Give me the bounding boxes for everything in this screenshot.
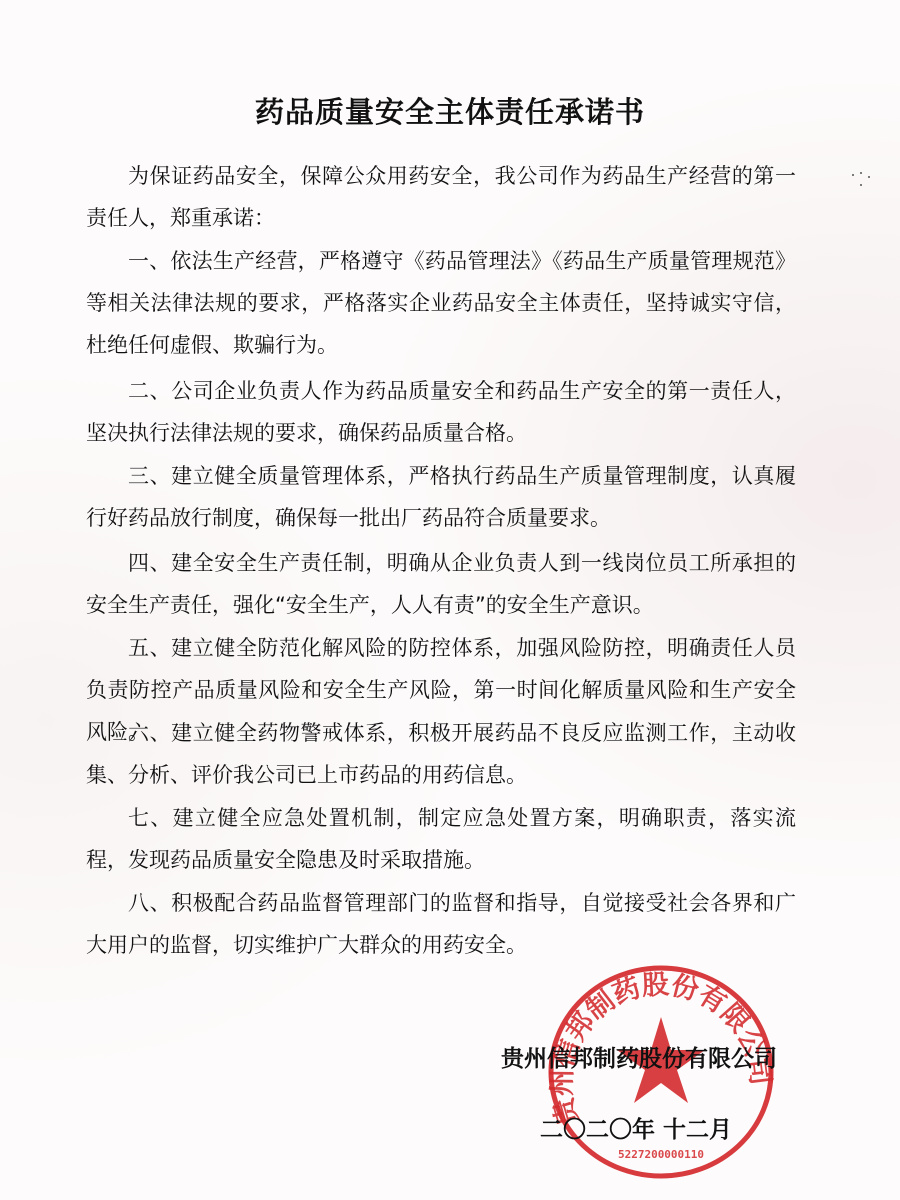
commitment-7: 七、建立健全应急处置机制，制定应急处置方案，明确职责，落实流程，发现药品质量安全… xyxy=(86,797,796,881)
commitment-2: 二、公司企业负责人作为药品质量安全和药品生产安全的第一责任人，坚决执行法律法规的… xyxy=(86,370,796,454)
company-signature: 贵州信邦制药股份有限公司 xyxy=(501,1040,777,1073)
commitment-8: 八、积极配合药品监督管理部门的监督和指导，自觉接受社会各界和广大用户的监督，切实… xyxy=(86,882,796,966)
commitment-1: 一、依法生产经营，严格遵守《药品管理法》《药品生产质量管理规范》等相关法律法规的… xyxy=(86,240,796,366)
document-title: 药品质量安全主体责任承诺书 xyxy=(0,90,900,131)
intro-paragraph: 为保证药品安全，保障公众用药安全，我公司作为药品生产经营的第一责任人，郑重承诺： xyxy=(86,155,796,239)
commitment-6: 六、建立健全药物警戒体系，积极开展药品不良反应监测工作，主动收集、分析、评价我公… xyxy=(86,712,796,796)
document-date: 二〇二〇年 十二月 xyxy=(540,1111,732,1144)
seal-code: 5227200000110 xyxy=(618,1148,704,1161)
document-page: 药品质量安全主体责任承诺书 为保证药品安全，保障公众用药安全，我公司作为药品生产… xyxy=(0,0,900,1200)
commitment-3: 三、建立健全质量管理体系，严格执行药品生产质量管理制度，认真履行好药品放行制度，… xyxy=(86,455,796,539)
commitment-4: 四、建全安全生产责任制，明确从企业负责人到一线岗位员工所承担的安全生产责任，强化… xyxy=(86,542,796,626)
